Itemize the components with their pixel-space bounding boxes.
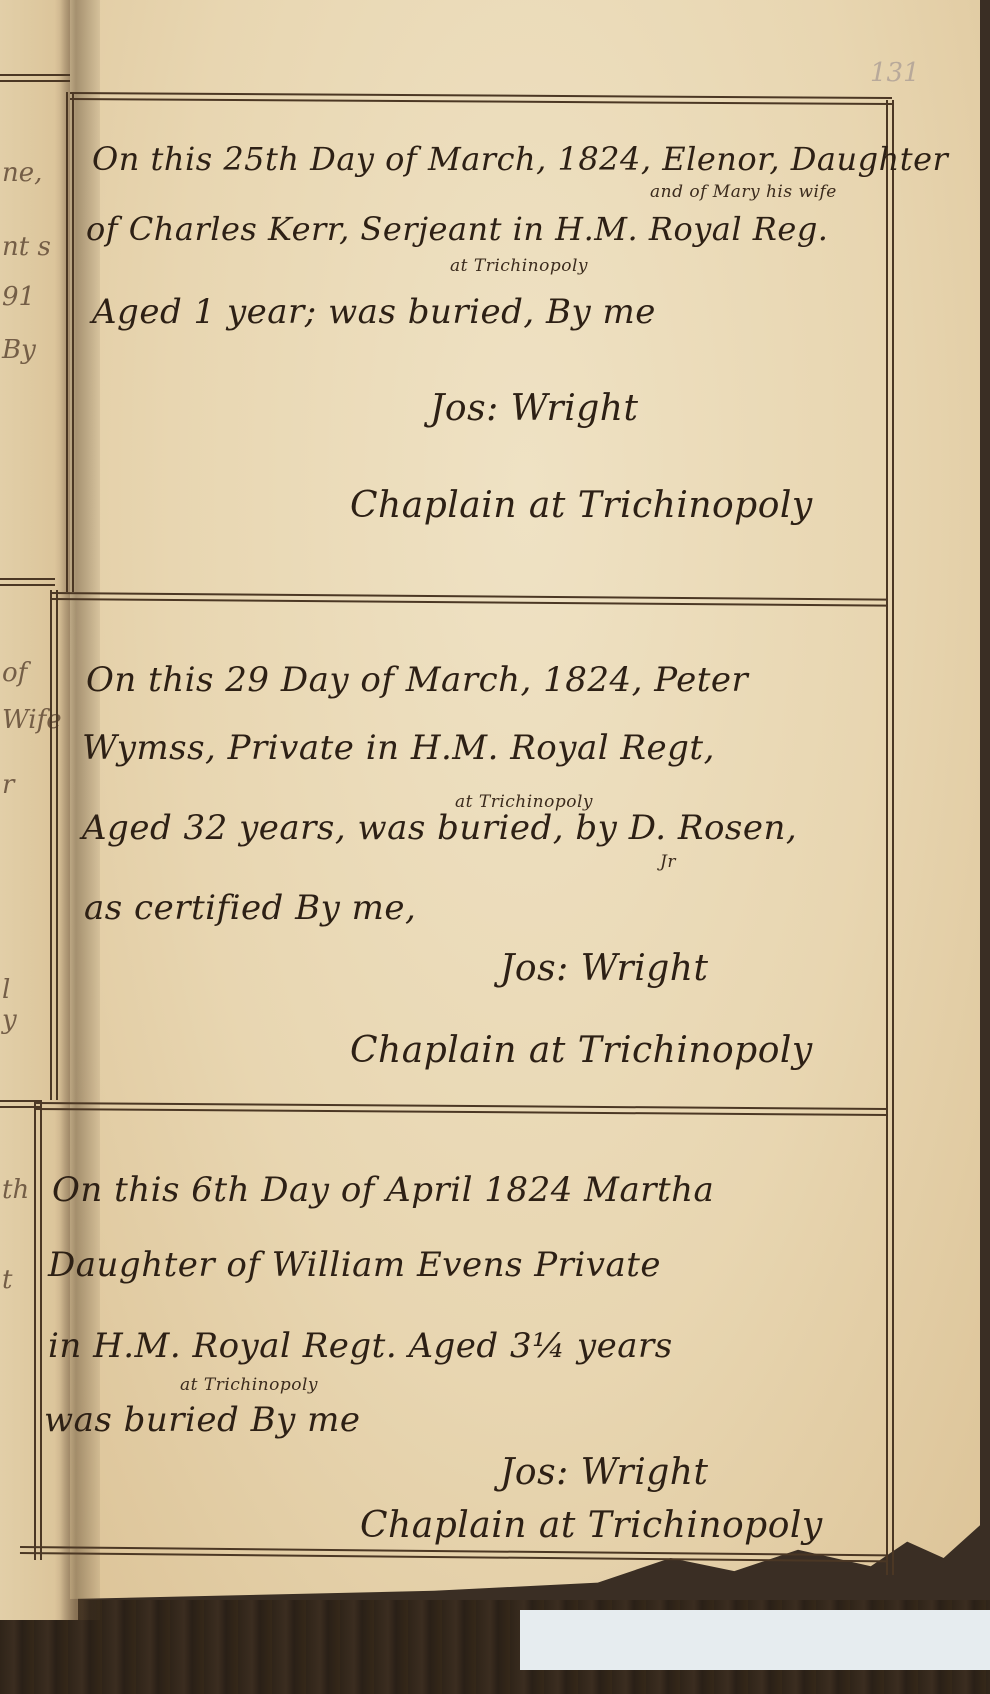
chaplain-title: Chaplain at Trichinopoly xyxy=(360,1505,823,1546)
chaplain-signature: Jos: Wright xyxy=(500,948,708,989)
entry-line: On this 29 Day of March, 1824, Peter xyxy=(86,660,748,700)
entry-insertion: and of Mary his wife xyxy=(650,182,837,202)
entry-line: Daughter of William Evens Private xyxy=(48,1245,661,1285)
frame-right-rule xyxy=(886,100,894,1575)
entry-insertion: at Trichinopoly xyxy=(450,256,588,276)
chaplain-title: Chaplain at Trichinopoly xyxy=(350,485,813,526)
left-page-fragment: th xyxy=(2,1175,29,1205)
entry-line: of Charles Kerr, Serjeant in H.M. Royal … xyxy=(86,210,828,248)
chaplain-signature: Jos: Wright xyxy=(500,1452,708,1493)
entry-insertion: Jr xyxy=(660,852,676,872)
entry-line: Wymss, Private in H.M. Royal Regt, xyxy=(82,728,715,768)
left-page-fragment: 91 xyxy=(2,282,35,312)
entry-line: as certified By me, xyxy=(84,888,416,928)
left-page-fragment: of xyxy=(2,658,27,688)
underlying-paper xyxy=(520,1610,990,1670)
entry-line: was buried By me xyxy=(44,1400,360,1440)
entry-line: Aged 1 year; was buried, By me xyxy=(92,292,656,332)
left-page-fragment: l xyxy=(2,975,10,1005)
page-number: 131 xyxy=(870,58,920,88)
left-page-rule xyxy=(0,578,55,586)
frame-left-rule xyxy=(34,1100,42,1560)
entry-line: Aged 32 years, was buried, by D. Rosen, xyxy=(82,808,797,848)
left-page-fragment: y xyxy=(2,1005,17,1035)
entry-line: On this 6th Day of April 1824 Martha xyxy=(52,1170,714,1210)
left-page-rule xyxy=(0,74,70,82)
left-page-fragment: r xyxy=(2,770,14,800)
frame-left-rule xyxy=(66,92,74,592)
chaplain-signature: Jos: Wright xyxy=(430,388,638,429)
left-page-fragment: ne, xyxy=(2,158,42,188)
entry-insertion: at Trichinopoly xyxy=(180,1375,318,1395)
frame-left-rule xyxy=(50,590,58,1100)
entry-line: in H.M. Royal Regt. Aged 3¼ years xyxy=(48,1326,673,1366)
entry-line: On this 25th Day of March, 1824, Elenor,… xyxy=(92,140,948,178)
left-page-fragment: nt s xyxy=(2,232,51,262)
left-page-fragment: t xyxy=(2,1265,12,1295)
chaplain-title: Chaplain at Trichinopoly xyxy=(350,1030,813,1071)
left-page-fragment: By xyxy=(2,335,36,365)
